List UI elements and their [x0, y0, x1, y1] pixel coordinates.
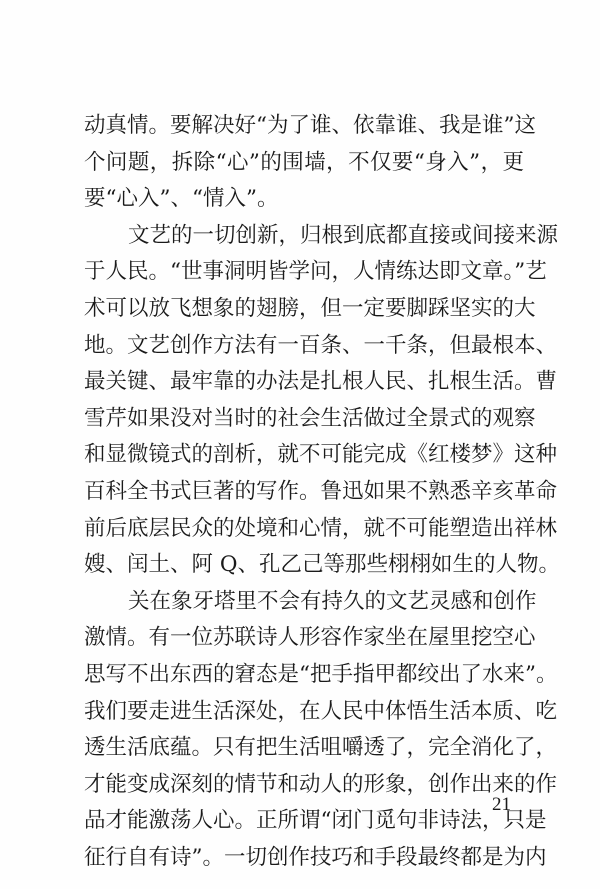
text-line: 术可以放飞想象的翅膀，但一定要脚踩坚实的大 — [84, 291, 524, 328]
text-line: 思写不出东西的窘态是“把手指甲都绞出了水来”。 — [84, 657, 524, 694]
text-line: 个问题，拆除“心”的围墙，不仅要“身入”，更 — [84, 145, 524, 182]
page-number: 21 — [492, 794, 511, 816]
text-line: 百科全书式巨著的写作。鲁迅如果不熟悉辛亥革命 — [84, 474, 524, 511]
text-line: 透生活底蕴。只有把生活咀嚼透了，完全消化了， — [84, 730, 524, 767]
text-line: 前后底层民众的处境和心情，就不可能塑造出祥林 — [84, 511, 524, 548]
text-line: 品才能激荡人心。正所谓“闭门觅句非诗法，只是 — [84, 803, 524, 840]
text-line: 激情。有一位苏联诗人形容作家坐在屋里挖空心 — [84, 620, 524, 657]
text-line: 文艺的一切创新，归根到底都直接或间接来源 — [84, 218, 524, 255]
text-line: 和显微镜式的剖析，就不可能完成《红楼梦》这种 — [84, 437, 524, 474]
text-line: 我们要走进生活深处，在人民中体悟生活本质、吃 — [84, 694, 524, 731]
body-text: 动真情。要解决好“为了谁、依靠谁、我是谁”这个问题，拆除“心”的围墙，不仅要“身… — [84, 108, 524, 876]
text-line: 最关键、最牢靠的办法是扎根人民、扎根生活。曹 — [84, 364, 524, 401]
text-line: 地。文艺创作方法有一百条、一千条，但最根本、 — [84, 328, 524, 365]
text-line: 要“心入”、“情入”。 — [84, 181, 524, 218]
text-line: 征行自有诗”。一切创作技巧和手段最终都是为内 — [84, 840, 524, 877]
text-line: 嫂、闰土、阿 Q、孔乙己等那些栩栩如生的人物。 — [84, 547, 524, 584]
text-line: 才能变成深刻的情节和动人的形象，创作出来的作 — [84, 767, 524, 804]
text-line: 动真情。要解决好“为了谁、依靠谁、我是谁”这 — [84, 108, 524, 145]
text-line: 于人民。“世事洞明皆学问，人情练达即文章。”艺 — [84, 254, 524, 291]
text-line: 雪芹如果没对当时的社会生活做过全景式的观察 — [84, 401, 524, 438]
book-page: 动真情。要解决好“为了谁、依靠谁、我是谁”这个问题，拆除“心”的围墙，不仅要“身… — [0, 0, 600, 889]
text-line: 关在象牙塔里不会有持久的文艺灵感和创作 — [84, 584, 524, 621]
